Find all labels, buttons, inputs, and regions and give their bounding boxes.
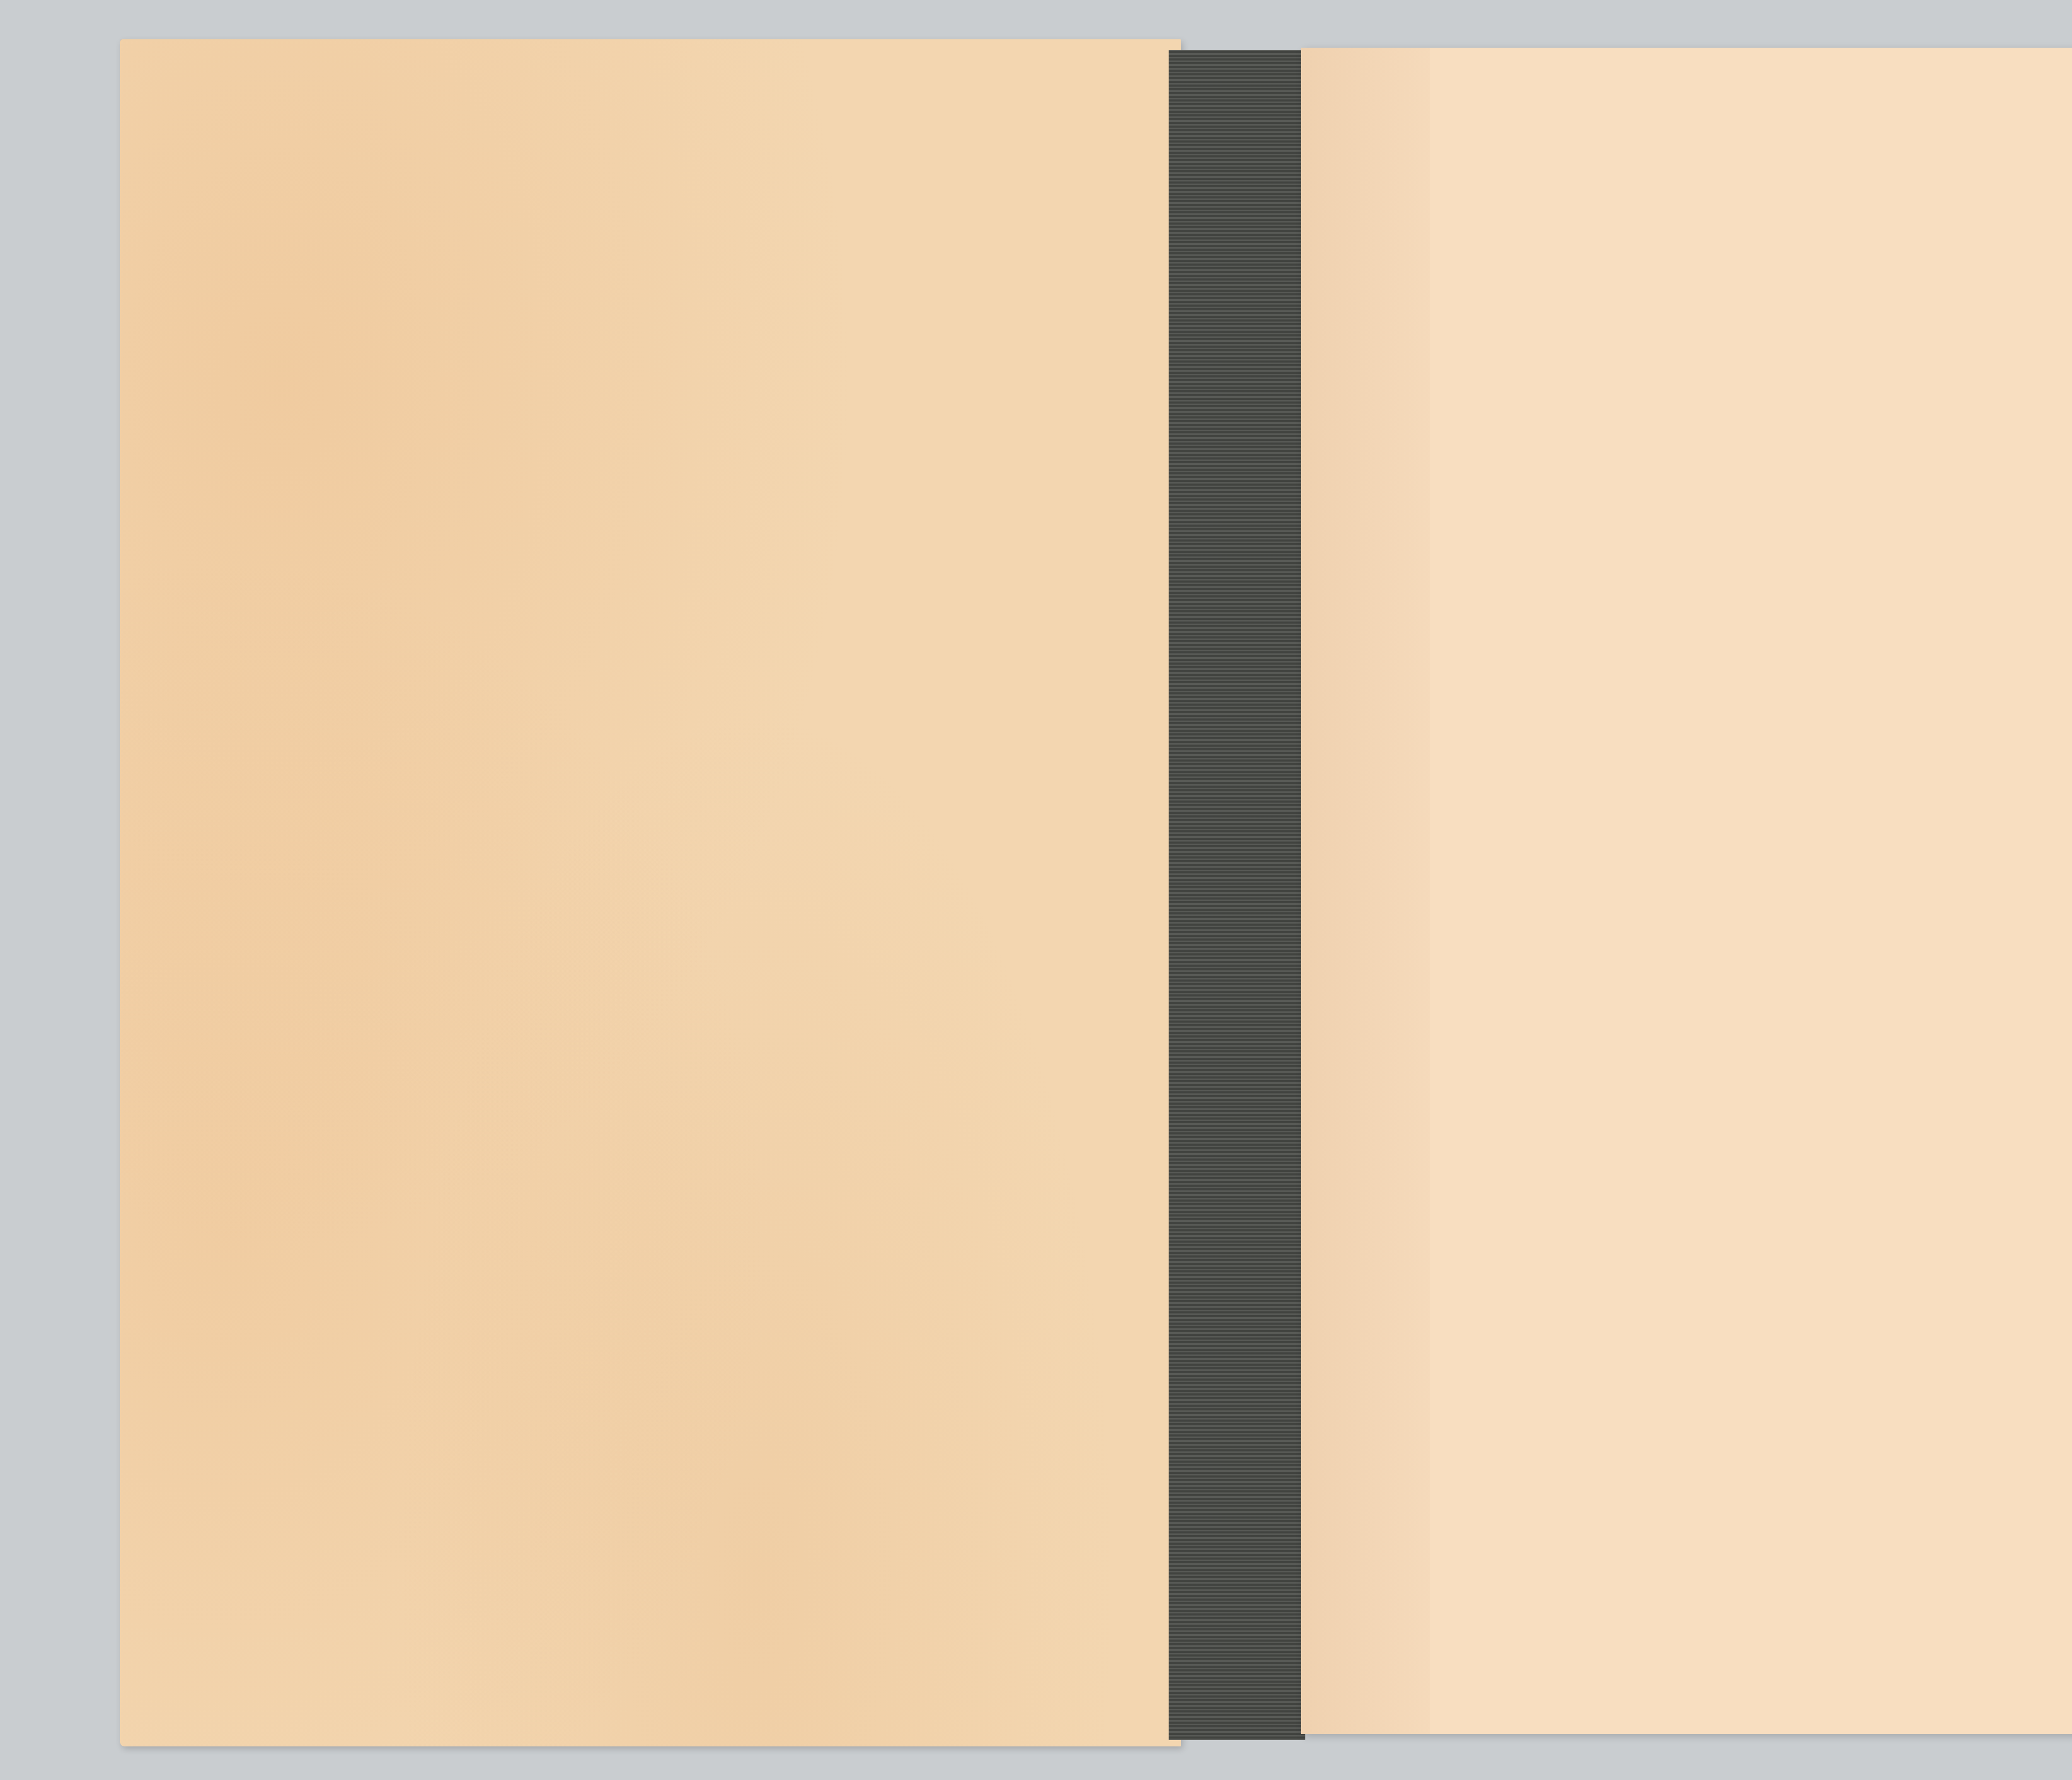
gutter-shadow	[1301, 48, 1430, 1734]
open-book	[0, 0, 2072, 1780]
spine-cloth-tape	[1169, 50, 1305, 1740]
foxing-stains	[120, 39, 1181, 1746]
left-inside-cover	[120, 39, 1181, 1746]
right-blank-page	[1301, 48, 2072, 1734]
